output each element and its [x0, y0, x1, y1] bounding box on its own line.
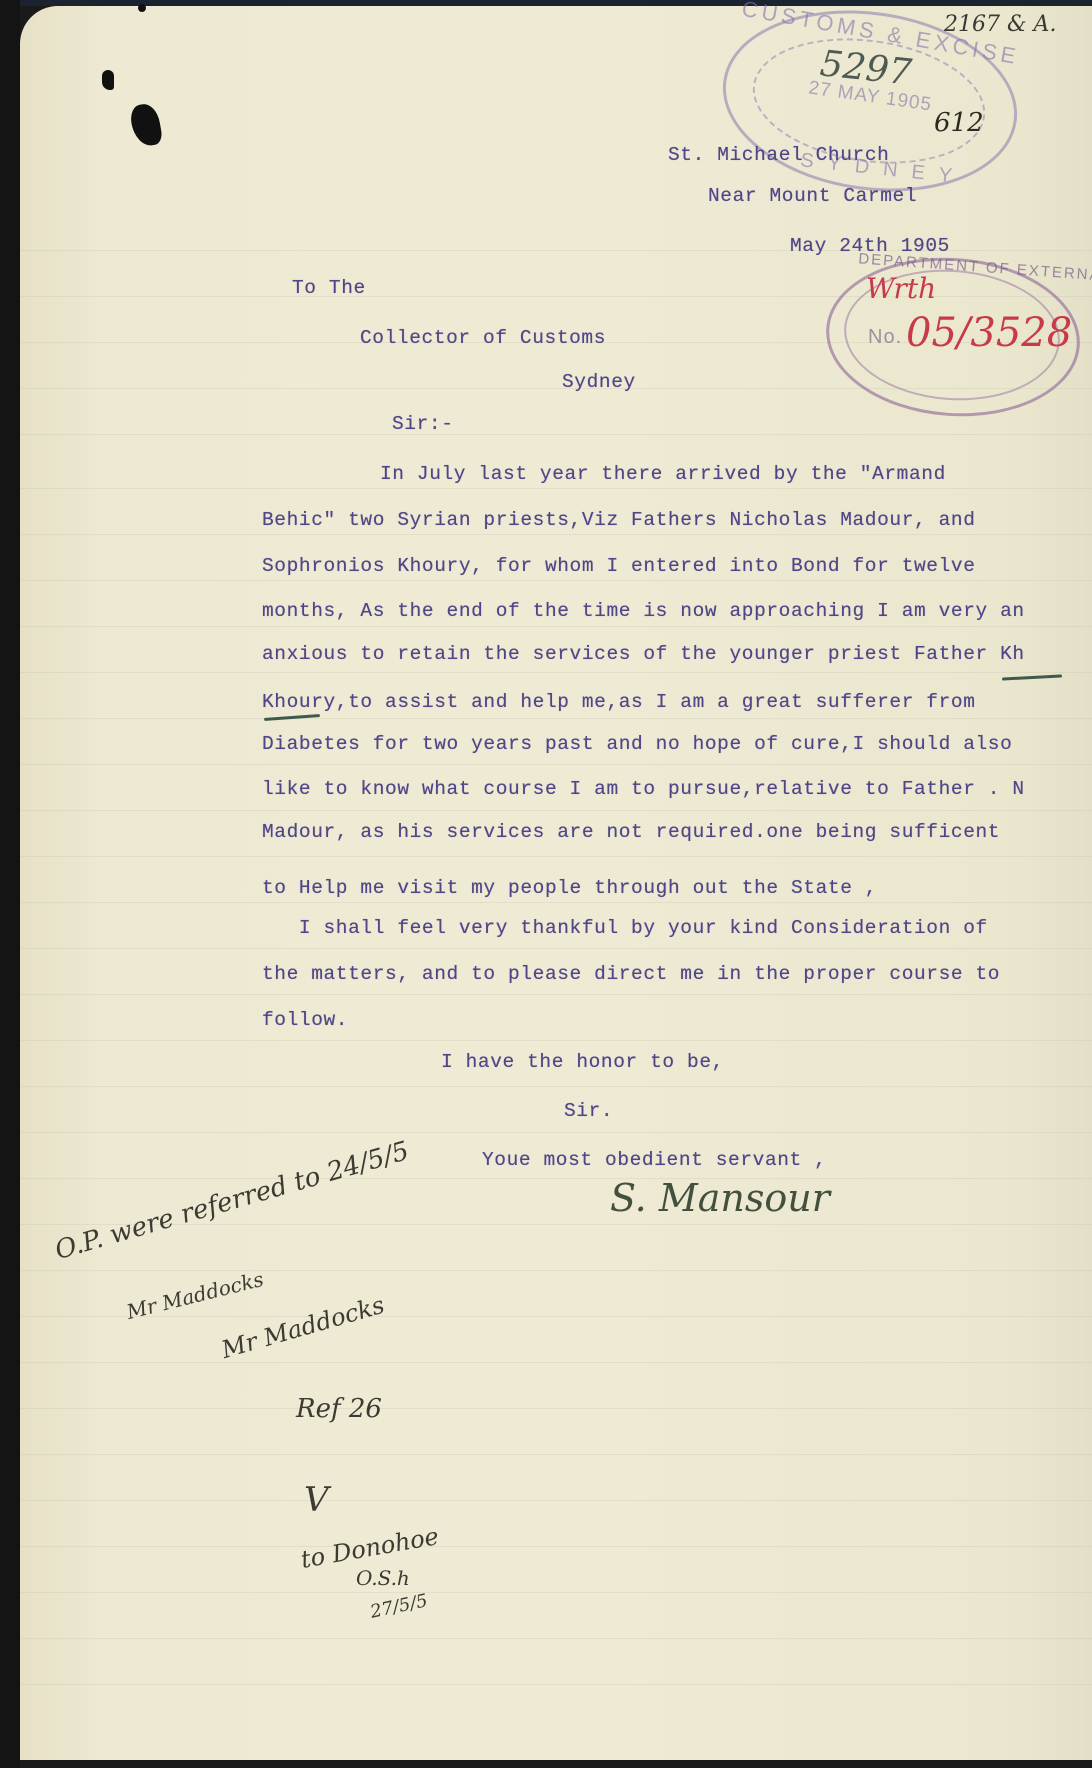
ruled-line: [20, 1132, 1092, 1133]
body-line: Khoury,to assist and help me,as I am a g…: [262, 690, 976, 714]
body-line: to Help me visit my people through out t…: [262, 876, 877, 900]
ruled-line: [20, 856, 1092, 857]
ruled-line: [20, 1638, 1092, 1639]
ruled-line: [20, 810, 1092, 811]
body-line: anxious to retain the services of the yo…: [262, 642, 1025, 666]
body-line: like to know what course I am to pursue,…: [262, 777, 1025, 801]
external-affairs-file-number: 05/3528: [906, 310, 1072, 356]
ruled-line: [20, 948, 1092, 949]
ruled-line: [20, 626, 1092, 627]
ruled-line: [20, 718, 1092, 719]
body-line: In July last year there arrived by the "…: [380, 462, 946, 486]
salutation-text: Sir:-: [392, 412, 454, 436]
paper-hole: [138, 4, 146, 12]
ruled-line: [20, 994, 1092, 995]
letterhead-location: Near Mount Carmel: [708, 184, 917, 208]
ruled-line: [20, 1270, 1092, 1271]
body-line: Sophronios Khoury, for whom I entered in…: [262, 554, 976, 578]
ruled-line: [20, 1454, 1092, 1455]
closing-sir: Sir.: [564, 1099, 613, 1123]
body-line: I shall feel very thankful by your kind …: [262, 916, 988, 940]
ruled-line: [20, 434, 1092, 435]
body-line: Diabetes for two years past and no hope …: [262, 732, 1012, 756]
ruled-line: [20, 1178, 1092, 1179]
pencil-note: O.S.h: [356, 1566, 410, 1590]
external-affairs-handwritten-top: Wrth: [866, 272, 936, 305]
ruled-line: [20, 534, 1092, 535]
addressee-to: To The: [292, 276, 366, 300]
ruled-line: [20, 764, 1092, 765]
addressee-title: Collector of Customs: [360, 326, 606, 350]
body-line: months, As the end of the time is now ap…: [262, 599, 1025, 623]
pencil-note: Ref 26: [296, 1394, 382, 1424]
closing-servant: Youe most obedient servant ,: [482, 1148, 826, 1172]
ruled-line: [20, 1362, 1092, 1363]
closing-line: I have the honor to be,: [441, 1050, 724, 1074]
signature: S. Mansour: [610, 1176, 830, 1220]
addressee-city: Sydney: [562, 370, 636, 394]
ruled-line: [20, 1684, 1092, 1685]
ruled-line: [20, 1408, 1092, 1409]
ruled-line: [20, 1592, 1092, 1593]
ruled-line: [20, 488, 1092, 489]
scan-left-edge: [0, 0, 20, 1768]
corner-reference: 2167 & A.: [944, 12, 1056, 37]
external-affairs-no-label: No.: [868, 326, 902, 349]
body-line: Behic" two Syrian priests,Viz Fathers Ni…: [262, 508, 976, 532]
paper-hole: [102, 70, 114, 90]
ruled-line: [20, 1040, 1092, 1041]
letterhead-church: St. Michael Church: [668, 143, 889, 167]
ruled-line: [20, 1500, 1092, 1501]
ruled-line: [20, 672, 1092, 673]
body-line: follow.: [262, 1008, 348, 1032]
customs-stamp-annotation: 612: [934, 108, 984, 138]
ruled-line: [20, 902, 1092, 903]
ruled-line: [20, 580, 1092, 581]
ruled-line: [20, 1546, 1092, 1547]
body-line: Madour, as his services are not required…: [262, 820, 1000, 844]
body-line: the matters, and to please direct me in …: [262, 962, 1000, 986]
pencil-note: V: [304, 1480, 329, 1520]
ruled-line: [20, 1086, 1092, 1087]
ruled-line: [20, 1316, 1092, 1317]
